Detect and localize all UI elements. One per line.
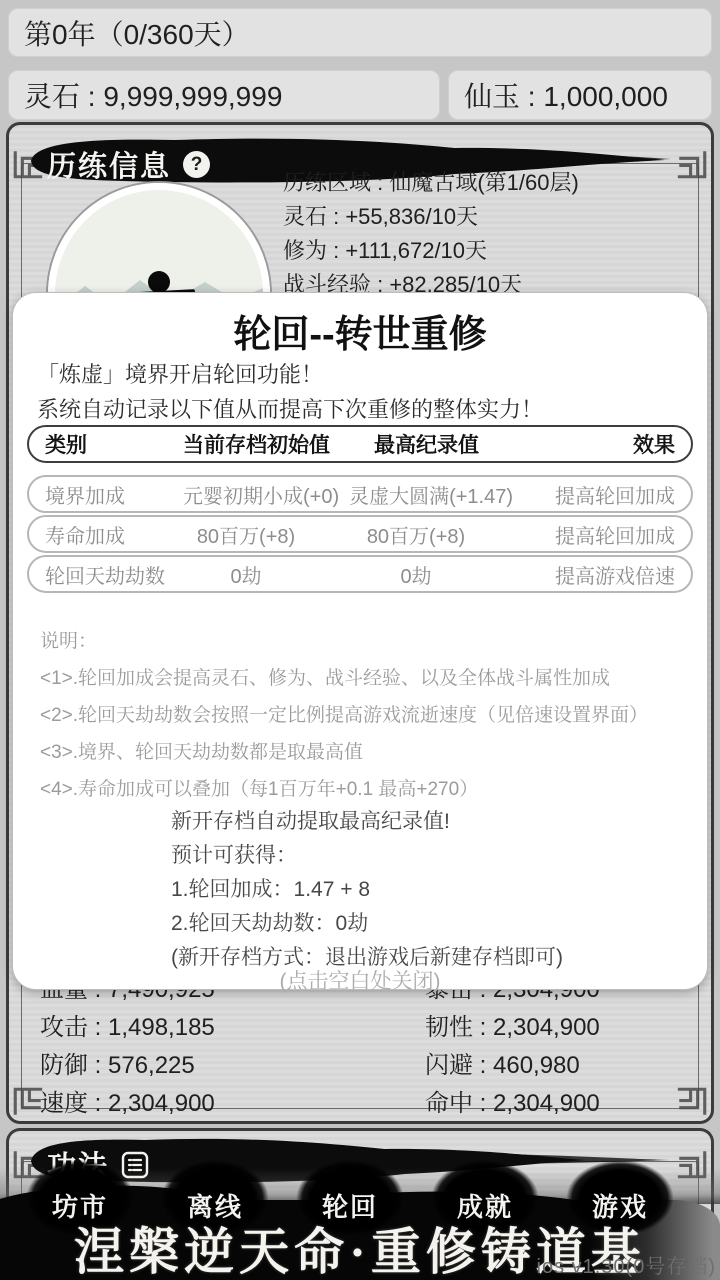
col-header-initial: 当前存档初始值 [183, 429, 330, 459]
cell: 0劫 [309, 560, 523, 589]
stat-row: 防御 : 576,225 闪避 : 460,980 [0, 1043, 720, 1081]
cell: 境界加成 [29, 480, 183, 509]
accuracy-stat: 命中 : 2,304,900 [425, 1083, 600, 1118]
col-header-effect: 效果 [523, 429, 691, 459]
version-label: ios v1.30(0号存档) [537, 1250, 717, 1279]
stat-row: 速度 : 2,304,900 命中 : 2,304,900 [0, 1081, 720, 1119]
help-icon[interactable]: ? [183, 151, 210, 178]
xianyu-value: 仙玉 : 1,000,000 [464, 75, 668, 115]
corner-ornament-icon [11, 147, 45, 181]
close-hint: (点击空白处关闭) [13, 965, 707, 995]
cell: 0劫 [183, 560, 309, 589]
summary-line: 预计可获得： [171, 839, 563, 873]
year-label: 第0年（0/360天） [24, 13, 250, 53]
table-row: 轮回天劫劫数 0劫 0劫 提高游戏倍速 [27, 555, 693, 593]
exploration-title-text: 历练信息 [47, 144, 171, 185]
toughness-stat: 韧性 : 2,304,900 [425, 1007, 600, 1042]
attack-stat: 攻击 : 1,498,185 [40, 1007, 425, 1042]
exploration-panel-title: 历练信息 ? [47, 144, 210, 185]
modal-notes: 说明： <1>.轮回加成会提高灵石、修为、战斗经验、以及全体战斗属性加成 <2>… [40, 623, 648, 808]
corner-ornament-icon [675, 147, 709, 181]
cell: 轮回天劫劫数 [29, 560, 183, 589]
modal-intro: 「炼虚」境界开启轮回功能！ 系统自动记录以下值从而提高下次重修的整体实力！ [37, 357, 543, 427]
note-line: <1>.轮回加成会提高灵石、修为、战斗经验、以及全体战斗属性加成 [40, 660, 648, 697]
xianyu-resource-bar: 仙玉 : 1,000,000 [448, 70, 712, 120]
cultivation-rate-line: 修为 : +111,672/10天 [283, 234, 487, 265]
cell: 提高轮回加成 [523, 480, 691, 509]
modal-title: 轮回--转世重修 [13, 303, 707, 358]
intro-line: 系统自动记录以下值从而提高下次重修的整体实力！ [37, 392, 543, 427]
summary-line: 1.轮回加成：1.47 + 8 [171, 873, 563, 907]
lingshi-value: 灵石 : 9,999,999,999 [24, 75, 282, 115]
speed-stat: 速度 : 2,304,900 [40, 1083, 425, 1118]
intro-line: 「炼虚」境界开启轮回功能！ [37, 357, 543, 392]
year-status-bar: 第0年（0/360天） [8, 8, 712, 57]
defense-stat: 防御 : 576,225 [40, 1045, 425, 1080]
summary-line: 2.轮回天劫劫数：0劫 [171, 907, 563, 941]
table-row: 寿命加成 80百万(+8) 80百万(+8) 提高轮回加成 [27, 515, 693, 553]
note-line: <3>.境界、轮回天劫劫数都是取最高值 [40, 734, 648, 771]
lingshi-rate-line: 灵石 : +55,836/10天 [283, 200, 478, 231]
cell: 提高轮回加成 [523, 520, 691, 549]
summary-line: 新开存档自动提取最高纪录值! [171, 805, 563, 839]
cell: 元婴初期小成(+0) [183, 480, 339, 509]
exploration-region-line: 历练区域 : 仙魔古域(第1/60层) [283, 166, 579, 197]
table-row: 境界加成 元婴初期小成(+0) 灵虚大圆满(+1.47) 提高轮回加成 [27, 475, 693, 513]
table-header-row: 类别 当前存档初始值 最高纪录值 效果 [27, 425, 693, 463]
cell: 提高游戏倍速 [523, 560, 691, 589]
note-line: <4>.寿命加成可以叠加（每1百万年+0.1 最高+270） [40, 771, 648, 808]
col-header-category: 类别 [29, 429, 183, 459]
lingshi-resource-bar: 灵石 : 9,999,999,999 [8, 70, 440, 120]
modal-summary: 新开存档自动提取最高纪录值! 预计可获得： 1.轮回加成：1.47 + 8 2.… [171, 805, 563, 975]
cell: 80百万(+8) [183, 520, 309, 549]
stat-row: 攻击 : 1,498,185 韧性 : 2,304,900 [0, 1005, 720, 1043]
note-line: 说明： [40, 623, 648, 660]
dodge-stat: 闪避 : 460,980 [425, 1045, 580, 1080]
note-line: <2>.轮回天劫劫数会按照一定比例提高游戏流逝速度（见倍速设置界面） [40, 697, 648, 734]
col-header-record: 最高纪录值 [330, 429, 523, 459]
cell: 80百万(+8) [309, 520, 523, 549]
cell: 寿命加成 [29, 520, 183, 549]
cell: 灵虚大圆满(+1.47) [339, 480, 523, 509]
reincarnation-modal[interactable]: 轮回--转世重修 「炼虚」境界开启轮回功能！ 系统自动记录以下值从而提高下次重修… [12, 292, 708, 990]
